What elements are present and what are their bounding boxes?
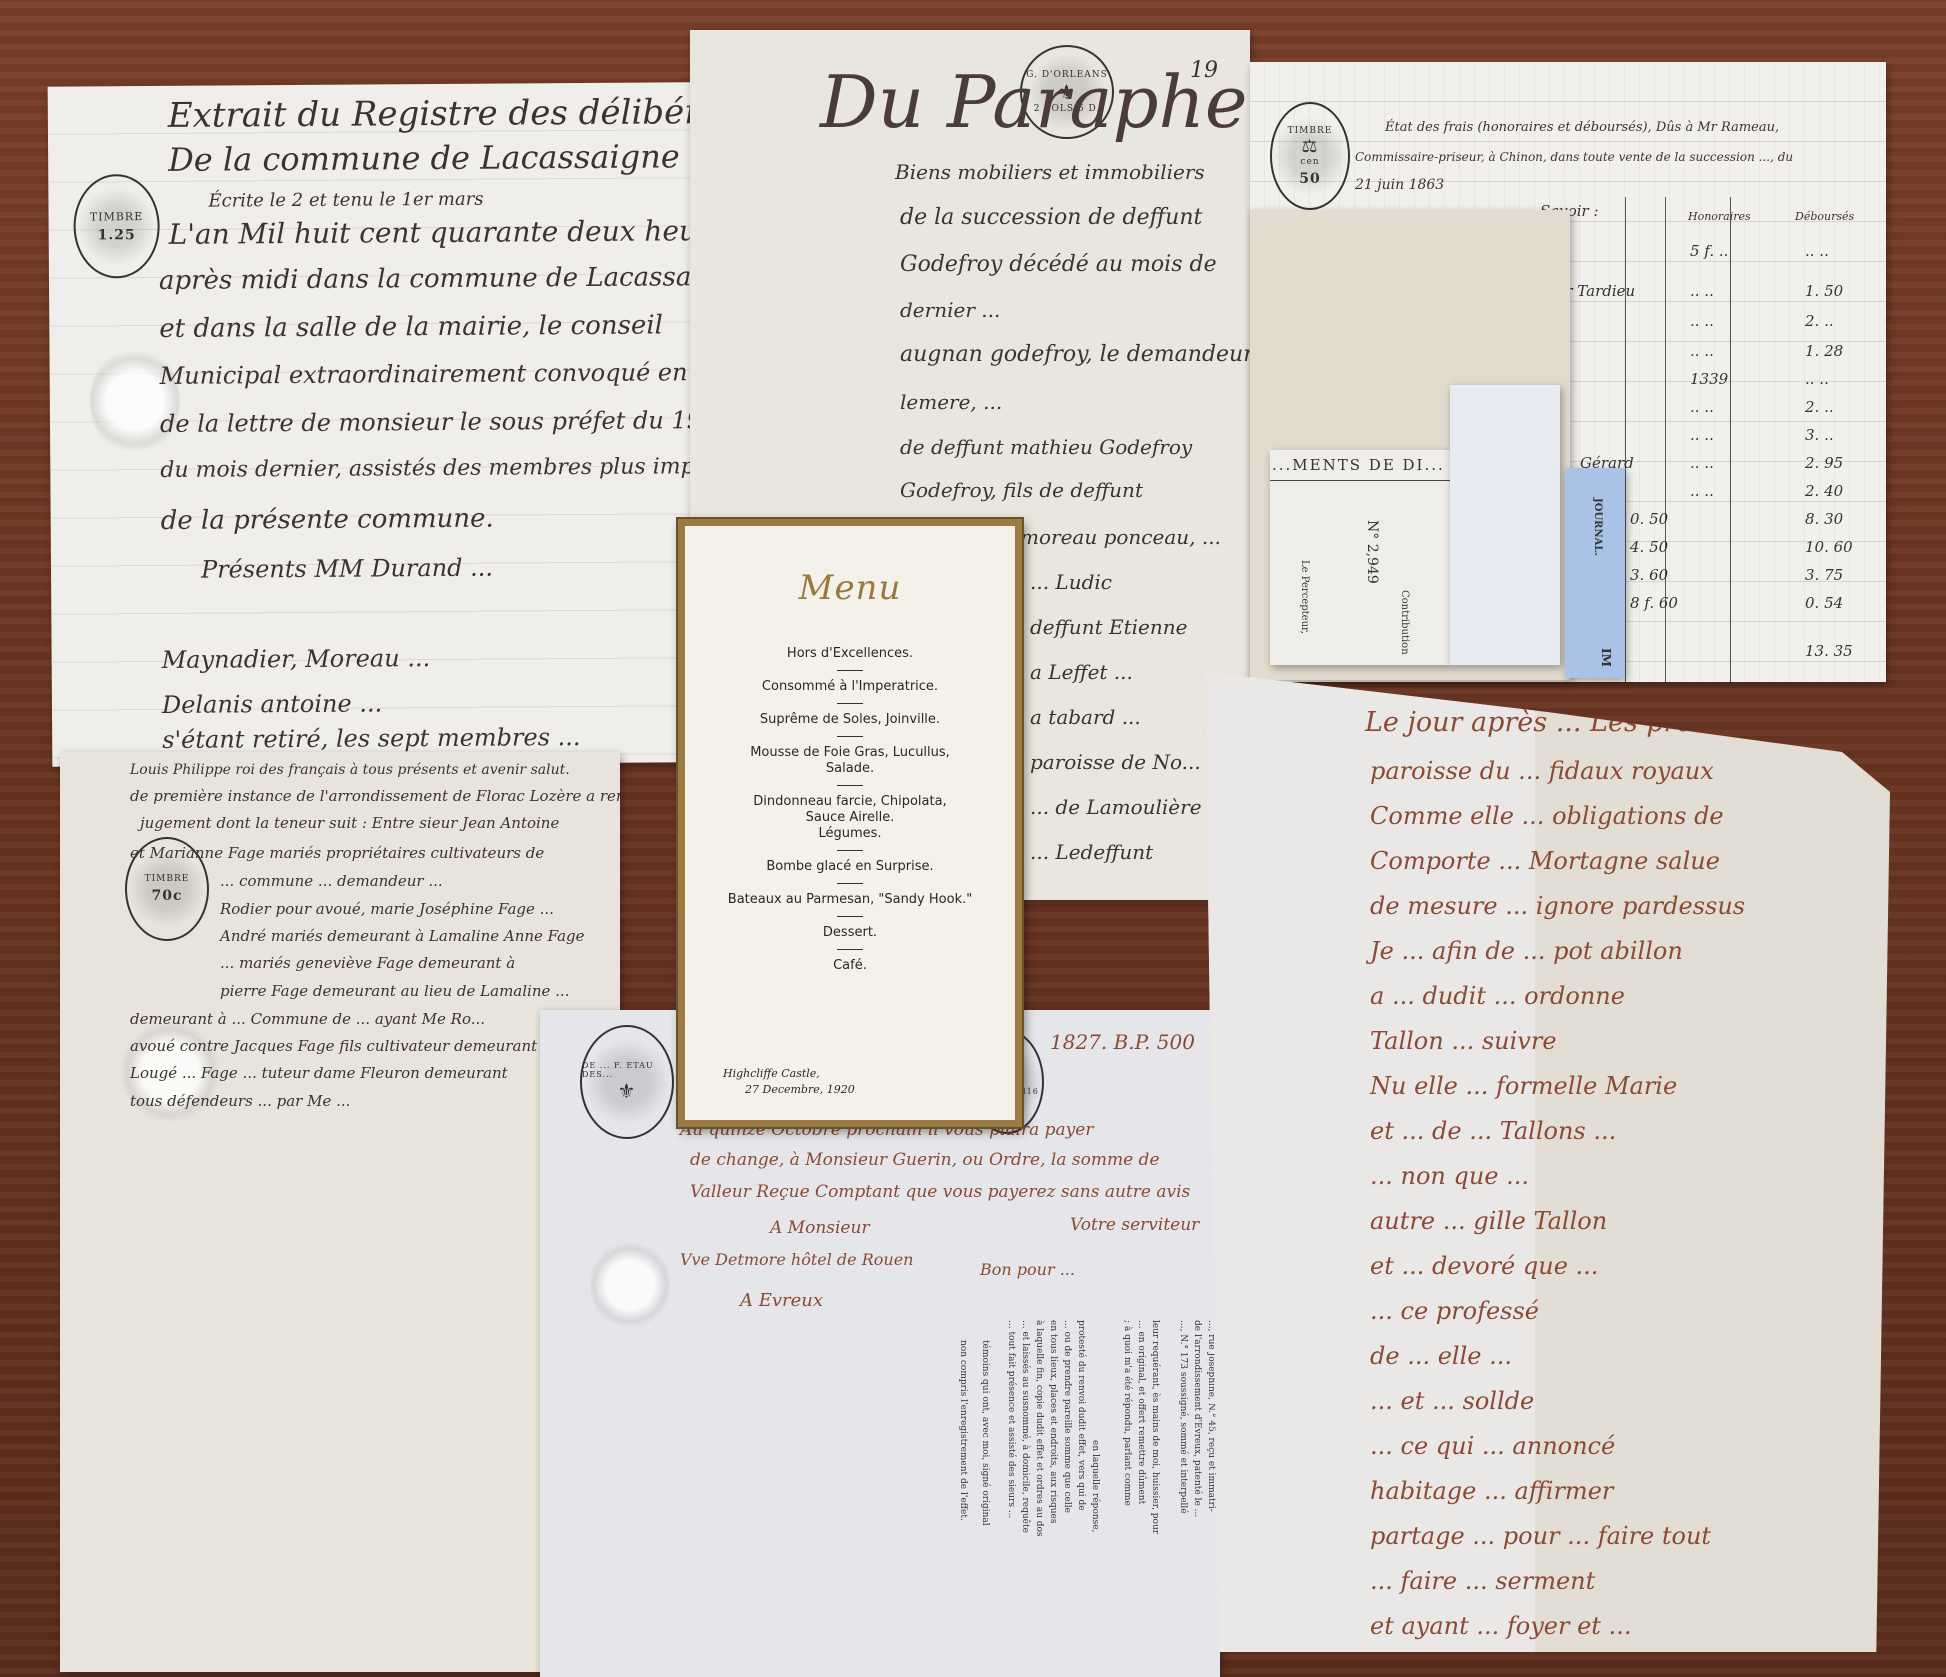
column-divider: [1730, 197, 1731, 682]
menu-location: Highcliffe Castle,: [723, 1066, 855, 1082]
timbre-royal-stamp: TIMBRE 1.25: [73, 174, 160, 279]
bill-header: 1827. B.P. 500: [1050, 1030, 1195, 1054]
fleur-de-lis-icon: ⚜: [618, 1079, 637, 1103]
journal-label: JOURNAL.: [1592, 498, 1603, 556]
inventory-heading: Du Paraphe: [820, 60, 1248, 144]
column-divider: [1625, 197, 1626, 682]
receipt-number: N° 2,949: [1364, 520, 1380, 584]
receipt-header-fragment: ...MENTS DE DI...: [1272, 456, 1445, 474]
menu-course: Café.: [685, 949, 1015, 974]
journal-slip: JOURNAL. IM: [1565, 468, 1625, 678]
page-number: 19: [1190, 58, 1218, 83]
menu-course-list: Hors d'Excellences. Consommé à l'Imperat…: [685, 646, 1015, 974]
register-subtitle: Écrite le 2 et tenu le 1er mars: [208, 189, 483, 212]
tax-receipt: ...MENTS DE DI... N° 2,949 Le Percepteur…: [1270, 450, 1450, 665]
timbre-imperial-stamp: TIMBRE ⚖ cen 50: [1270, 102, 1350, 210]
menu-course: Suprême de Soles, Joinville.: [685, 703, 1015, 728]
register-title-line-2: De la commune de Lacassaigne: [168, 137, 680, 179]
menu-card: Menu Hors d'Excellences. Consommé à l'Im…: [678, 519, 1022, 1127]
menu-course: Consommé à l'Imperatrice.: [685, 670, 1015, 695]
honoraires-header: Honoraires: [1688, 210, 1751, 223]
menu-course: Hors d'Excellences.: [685, 646, 1015, 662]
menu-title: Menu: [685, 568, 1015, 608]
justice-scales-icon: ⚖: [1301, 136, 1318, 157]
judgment-document: TIMBRE 70c Louis Philippe roi des frança…: [60, 752, 620, 1672]
timbre-stamp-left: DE ... F. ETAU DES... ⚜: [580, 1025, 674, 1139]
menu-course: Dessert.: [685, 916, 1015, 941]
printed-protest-rotated: l'an ..., j'ai, Pierre-Tiburce JANVROT, …: [930, 1320, 1220, 1640]
menu-course: Bombe glacé en Surprise.: [685, 850, 1015, 875]
menu-date: 27 Decembre, 1920: [723, 1082, 855, 1098]
brown-ink-letter: Le jour après ... Les présentes lettres …: [1205, 652, 1890, 1652]
menu-course: Mousse de Foie Gras, Lucullus, Salade.: [685, 736, 1015, 777]
menu-footer: Highcliffe Castle, 27 Decembre, 1920: [723, 1066, 855, 1098]
debourses-header: Déboursés: [1795, 210, 1854, 223]
menu-course: Dindonneau farcie, Chipolata, Sauce Aire…: [685, 785, 1015, 842]
embossed-seal: [590, 1240, 670, 1330]
menu-course: Bateaux au Parmesan, "Sandy Hook.": [685, 883, 1015, 908]
handwritten-slip: [1450, 385, 1560, 665]
